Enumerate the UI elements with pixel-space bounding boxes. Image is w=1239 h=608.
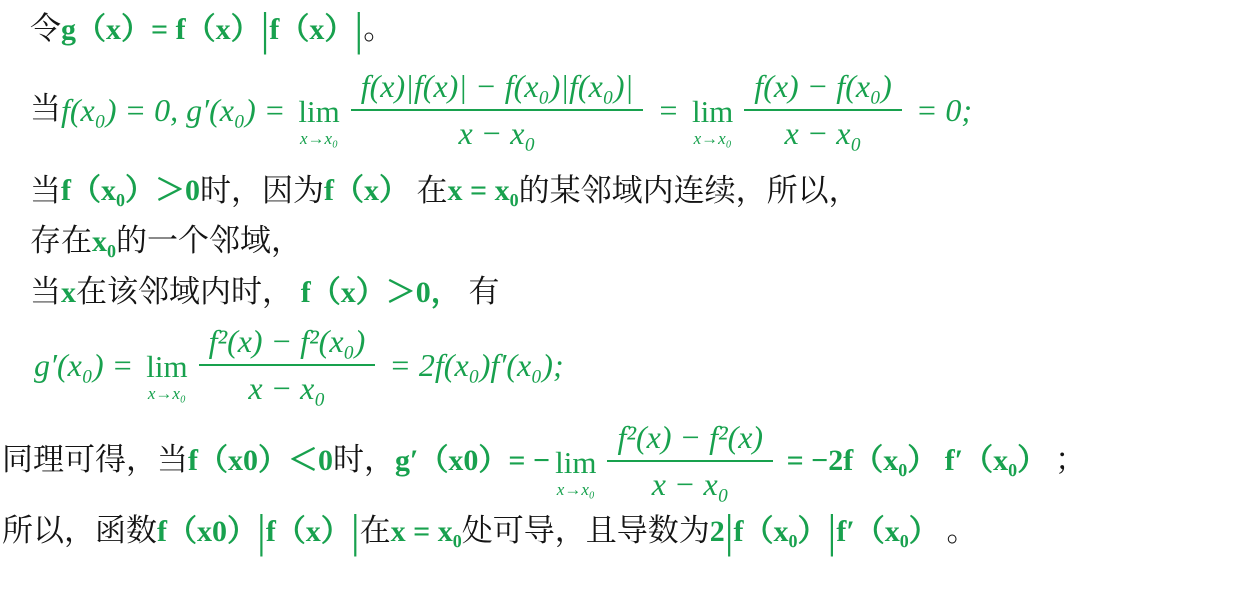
line8-coefficient: 2 xyxy=(710,513,725,551)
line7-condition: f（x0）＜0 xyxy=(188,442,333,480)
vertical-bar: | xyxy=(351,511,360,553)
line6-tail: = 2f(x₀)f′(x₀); xyxy=(381,345,563,385)
proof-line-6: g′(x₀) = lim x→x₀ f²(x) − f²(x₀) x − x₀ … xyxy=(0,318,1239,412)
fraction-denominator: x − x₀ xyxy=(448,111,545,153)
vertical-bar: | xyxy=(354,9,363,51)
line7-semicolon: ； xyxy=(1047,441,1086,480)
line4-x0: x₀ xyxy=(92,223,116,261)
line7-mid-text: 时， xyxy=(333,441,395,480)
line8-mid-text: 处可导，且导数为 xyxy=(462,512,710,551)
vertical-bar: | xyxy=(261,9,270,51)
line5-condition: f（x）＞0， xyxy=(301,274,461,312)
line8-zai-text: 在 xyxy=(360,512,391,551)
line4-tail-text: 的一个邻域， xyxy=(116,222,302,261)
line5-lead-text: 当 xyxy=(30,273,61,312)
fraction-numerator: f²(x) − f²(x) xyxy=(607,418,773,462)
proof-line-7: 同理可得，当 f（x0）＜0 时， g′（x0）= − lim x→x₀ f²(… xyxy=(0,414,1239,508)
line3-lead-text: 当 xyxy=(30,172,61,211)
proof-line-3: 当 f（x₀）＞0 时，因为 f（x） 在 x = x₀ 的某邻域内连续，所以， xyxy=(0,172,1239,211)
line5-tail-text: 有 xyxy=(461,273,500,312)
limit-operator: lim x→x₀ xyxy=(555,447,596,498)
line8-x-equals: x = x₀ xyxy=(391,513,462,551)
proof-line-8: 所以，函数 f（x0） | f（x） | 在 x = x₀ 处可导，且导数为 2… xyxy=(0,512,1239,552)
line5-mid-text: 在该邻域内时， xyxy=(76,273,301,312)
line1-period: 。 xyxy=(363,10,394,49)
line2-math-head: f(x₀) = 0, g′(x₀) = xyxy=(61,90,293,130)
line3-mid-text: 时，因为 xyxy=(200,172,324,211)
lim-word: lim xyxy=(692,96,733,127)
line6-math-head: g′(x₀) = xyxy=(34,345,141,385)
line5-x: x xyxy=(61,274,76,312)
proof-line-2: 当 f(x₀) = 0, g′(x₀) = lim x→x₀ f(x)|f(x)… xyxy=(0,62,1239,158)
document-page: 令 g（x）= f（x） | f（x） | 。 当 f(x₀) = 0, g′(… xyxy=(0,0,1239,608)
limit-operator: lim x→x₀ xyxy=(692,96,733,147)
line2-tail: = 0; xyxy=(908,90,972,130)
line4-lead-text: 存在 xyxy=(30,222,92,261)
vertical-bar: | xyxy=(725,511,734,553)
line2-equals: = xyxy=(649,90,687,130)
line8-fx: f（x） xyxy=(266,513,351,551)
fraction-denominator: x − x₀ xyxy=(238,366,335,408)
line7-tail: = −2f（x₀） f′（x₀） xyxy=(779,442,1047,480)
lim-subscript: x→x₀ xyxy=(148,385,186,402)
fraction: f(x) − f(x₀) x − x₀ xyxy=(744,67,902,153)
line8-fx0: f（x0） xyxy=(157,513,257,551)
fraction-numerator: f(x)|f(x)| − f(x₀)|f(x₀)| xyxy=(351,67,644,111)
fraction: f²(x) − f²(x₀) x − x₀ xyxy=(199,322,376,408)
line1-expression-2: f（x） xyxy=(269,11,354,49)
limit-operator: lim x→x₀ xyxy=(146,351,187,402)
lim-word: lim xyxy=(298,96,339,127)
lim-subscript: x→x₀ xyxy=(557,481,595,498)
line7-g-expression: g′（x0）= − xyxy=(395,442,550,480)
line2-lead-text: 当 xyxy=(30,90,61,129)
lim-subscript: x→x₀ xyxy=(694,130,732,147)
lim-word: lim xyxy=(555,447,596,478)
line8-period: 。 xyxy=(939,512,978,551)
proof-line-5: 当 x 在该邻域内时， f（x）＞0， 有 xyxy=(0,273,1239,312)
proof-line-1: 令 g（x）= f（x） | f（x） | 。 xyxy=(0,0,1239,50)
line1-expression: g（x）= f（x） xyxy=(61,11,261,49)
fraction: f²(x) − f²(x) x − x₀ xyxy=(607,418,773,504)
line3-x-equals: x = x₀ xyxy=(447,172,518,210)
proof-line-4: 存在 x₀ 的一个邻域， xyxy=(0,222,1239,261)
line8-fx0-abs: f（x₀） xyxy=(734,513,828,551)
line3-tail-text: 的某邻域内连续，所以， xyxy=(519,172,860,211)
fraction: f(x)|f(x)| − f(x₀)|f(x₀)| x − x₀ xyxy=(351,67,644,153)
fraction-denominator: x − x₀ xyxy=(642,462,739,504)
fraction-numerator: f²(x) − f²(x₀) xyxy=(199,322,376,366)
line3-zai-text: 在 xyxy=(416,172,447,211)
line8-fprime: f′（x₀） xyxy=(836,513,938,551)
lim-subscript: x→x₀ xyxy=(300,130,338,147)
line1-lead-text: 令 xyxy=(30,10,61,49)
limit-operator: lim x→x₀ xyxy=(298,96,339,147)
line3-condition: f（x₀）＞0 xyxy=(61,172,200,210)
lim-word: lim xyxy=(146,351,187,382)
fraction-numerator: f(x) − f(x₀) xyxy=(744,67,902,111)
line7-lead-text: 同理可得，当 xyxy=(2,441,188,480)
line3-fx-expression: f（x） xyxy=(324,172,417,210)
line8-lead-text: 所以，函数 xyxy=(2,512,157,551)
fraction-denominator: x − x₀ xyxy=(775,111,872,153)
vertical-bar: | xyxy=(257,511,266,553)
vertical-bar: | xyxy=(828,511,837,553)
